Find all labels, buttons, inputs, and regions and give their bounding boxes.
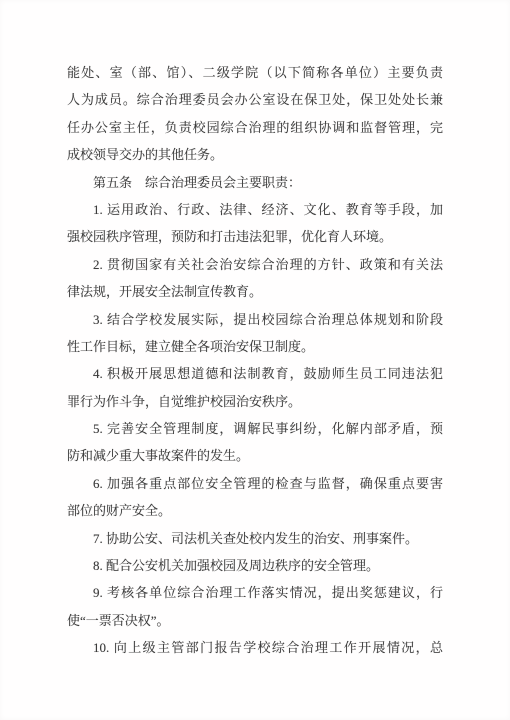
list-item-3: 3. 结合学校发展实际，提出校园综合治理总体规划和阶段性工作目标，建立健全各项治…: [67, 306, 443, 361]
document-page: 能处、室（部、馆）、二级学院（以下简称各单位）主要负责人为成员。综合治理委员会办…: [0, 0, 510, 720]
heading-article-5: 第五条 综合治理委员会主要职责：: [67, 169, 443, 196]
text-line: 罪行为作斗争，自觉维护校园治安秩序。: [67, 388, 443, 415]
list-item-2: 2. 贯彻国家有关社会治安综合治理的方针、政策和有关法律法规，开展安全法制宣传教…: [67, 251, 443, 306]
text-line: 7. 协助公安、司法机关查处校内发生的治安、刑事案件。: [67, 525, 443, 552]
list-item-1: 1. 运用政治、行政、法律、经济、文化、教育等手段，加强校园秩序管理，预防和打击…: [67, 196, 443, 251]
text-line: 10. 向上级主管部门报告学校综合治理工作开展情况，总: [67, 634, 443, 661]
text-line: 性工作目标，建立健全各项治安保卫制度。: [67, 333, 443, 360]
text-line: 任办公室主任，负责校园综合治理的组织协调和监督管理，完: [67, 114, 443, 141]
text-line: 第五条 综合治理委员会主要职责：: [67, 169, 443, 196]
text-line: 人为成员。综合治理委员会办公室设在保卫处，保卫处处长兼: [67, 86, 443, 113]
text-line: 4. 积极开展思想道德和法制教育，鼓励师生员工同违法犯: [67, 360, 443, 387]
text-line: 2. 贯彻国家有关社会治安综合治理的方针、政策和有关法: [67, 251, 443, 278]
list-item-10: 10. 向上级主管部门报告学校综合治理工作开展情况，总: [67, 634, 443, 661]
list-item-5: 5. 完善安全管理制度，调解民事纠纷，化解内部矛盾，预防和减少重大事故案件的发生…: [67, 415, 443, 470]
text-line: 成校领导交办的其他任务。: [67, 141, 443, 168]
list-item-9: 9. 考核各单位综合治理工作落实情况，提出奖惩建议，行使“一票否决权”。: [67, 579, 443, 634]
text-line: 能处、室（部、馆）、二级学院（以下简称各单位）主要负责: [67, 59, 443, 86]
list-item-8: 8. 配合公安机关加强校园及周边秩序的安全管理。: [67, 552, 443, 579]
text-line: 律法规，开展安全法制宣传教育。: [67, 278, 443, 305]
text-line: 5. 完善安全管理制度，调解民事纠纷，化解内部矛盾，预: [67, 415, 443, 442]
document-body: 能处、室（部、馆）、二级学院（以下简称各单位）主要负责人为成员。综合治理委员会办…: [67, 59, 443, 662]
list-item-4: 4. 积极开展思想道德和法制教育，鼓励师生员工同违法犯罪行为作斗争，自觉维护校园…: [67, 360, 443, 415]
text-line: 8. 配合公安机关加强校园及周边秩序的安全管理。: [67, 552, 443, 579]
text-line: 强校园秩序管理，预防和打击违法犯罪，优化育人环境。: [67, 223, 443, 250]
text-line: 1. 运用政治、行政、法律、经济、文化、教育等手段，加: [67, 196, 443, 223]
text-line: 部位的财产安全。: [67, 497, 443, 524]
text-line: 3. 结合学校发展实际，提出校园综合治理总体规划和阶段: [67, 306, 443, 333]
text-line: 9. 考核各单位综合治理工作落实情况，提出奖惩建议，行: [67, 579, 443, 606]
list-item-7: 7. 协助公安、司法机关查处校内发生的治安、刑事案件。: [67, 525, 443, 552]
text-line: 6. 加强各重点部位安全管理的检查与监督，确保重点要害: [67, 470, 443, 497]
text-line: 使“一票否决权”。: [67, 607, 443, 634]
paragraph-continuation: 能处、室（部、馆）、二级学院（以下简称各单位）主要负责人为成员。综合治理委员会办…: [67, 59, 443, 169]
list-item-6: 6. 加强各重点部位安全管理的检查与监督，确保重点要害部位的财产安全。: [67, 470, 443, 525]
text-line: 防和减少重大事故案件的发生。: [67, 442, 443, 469]
